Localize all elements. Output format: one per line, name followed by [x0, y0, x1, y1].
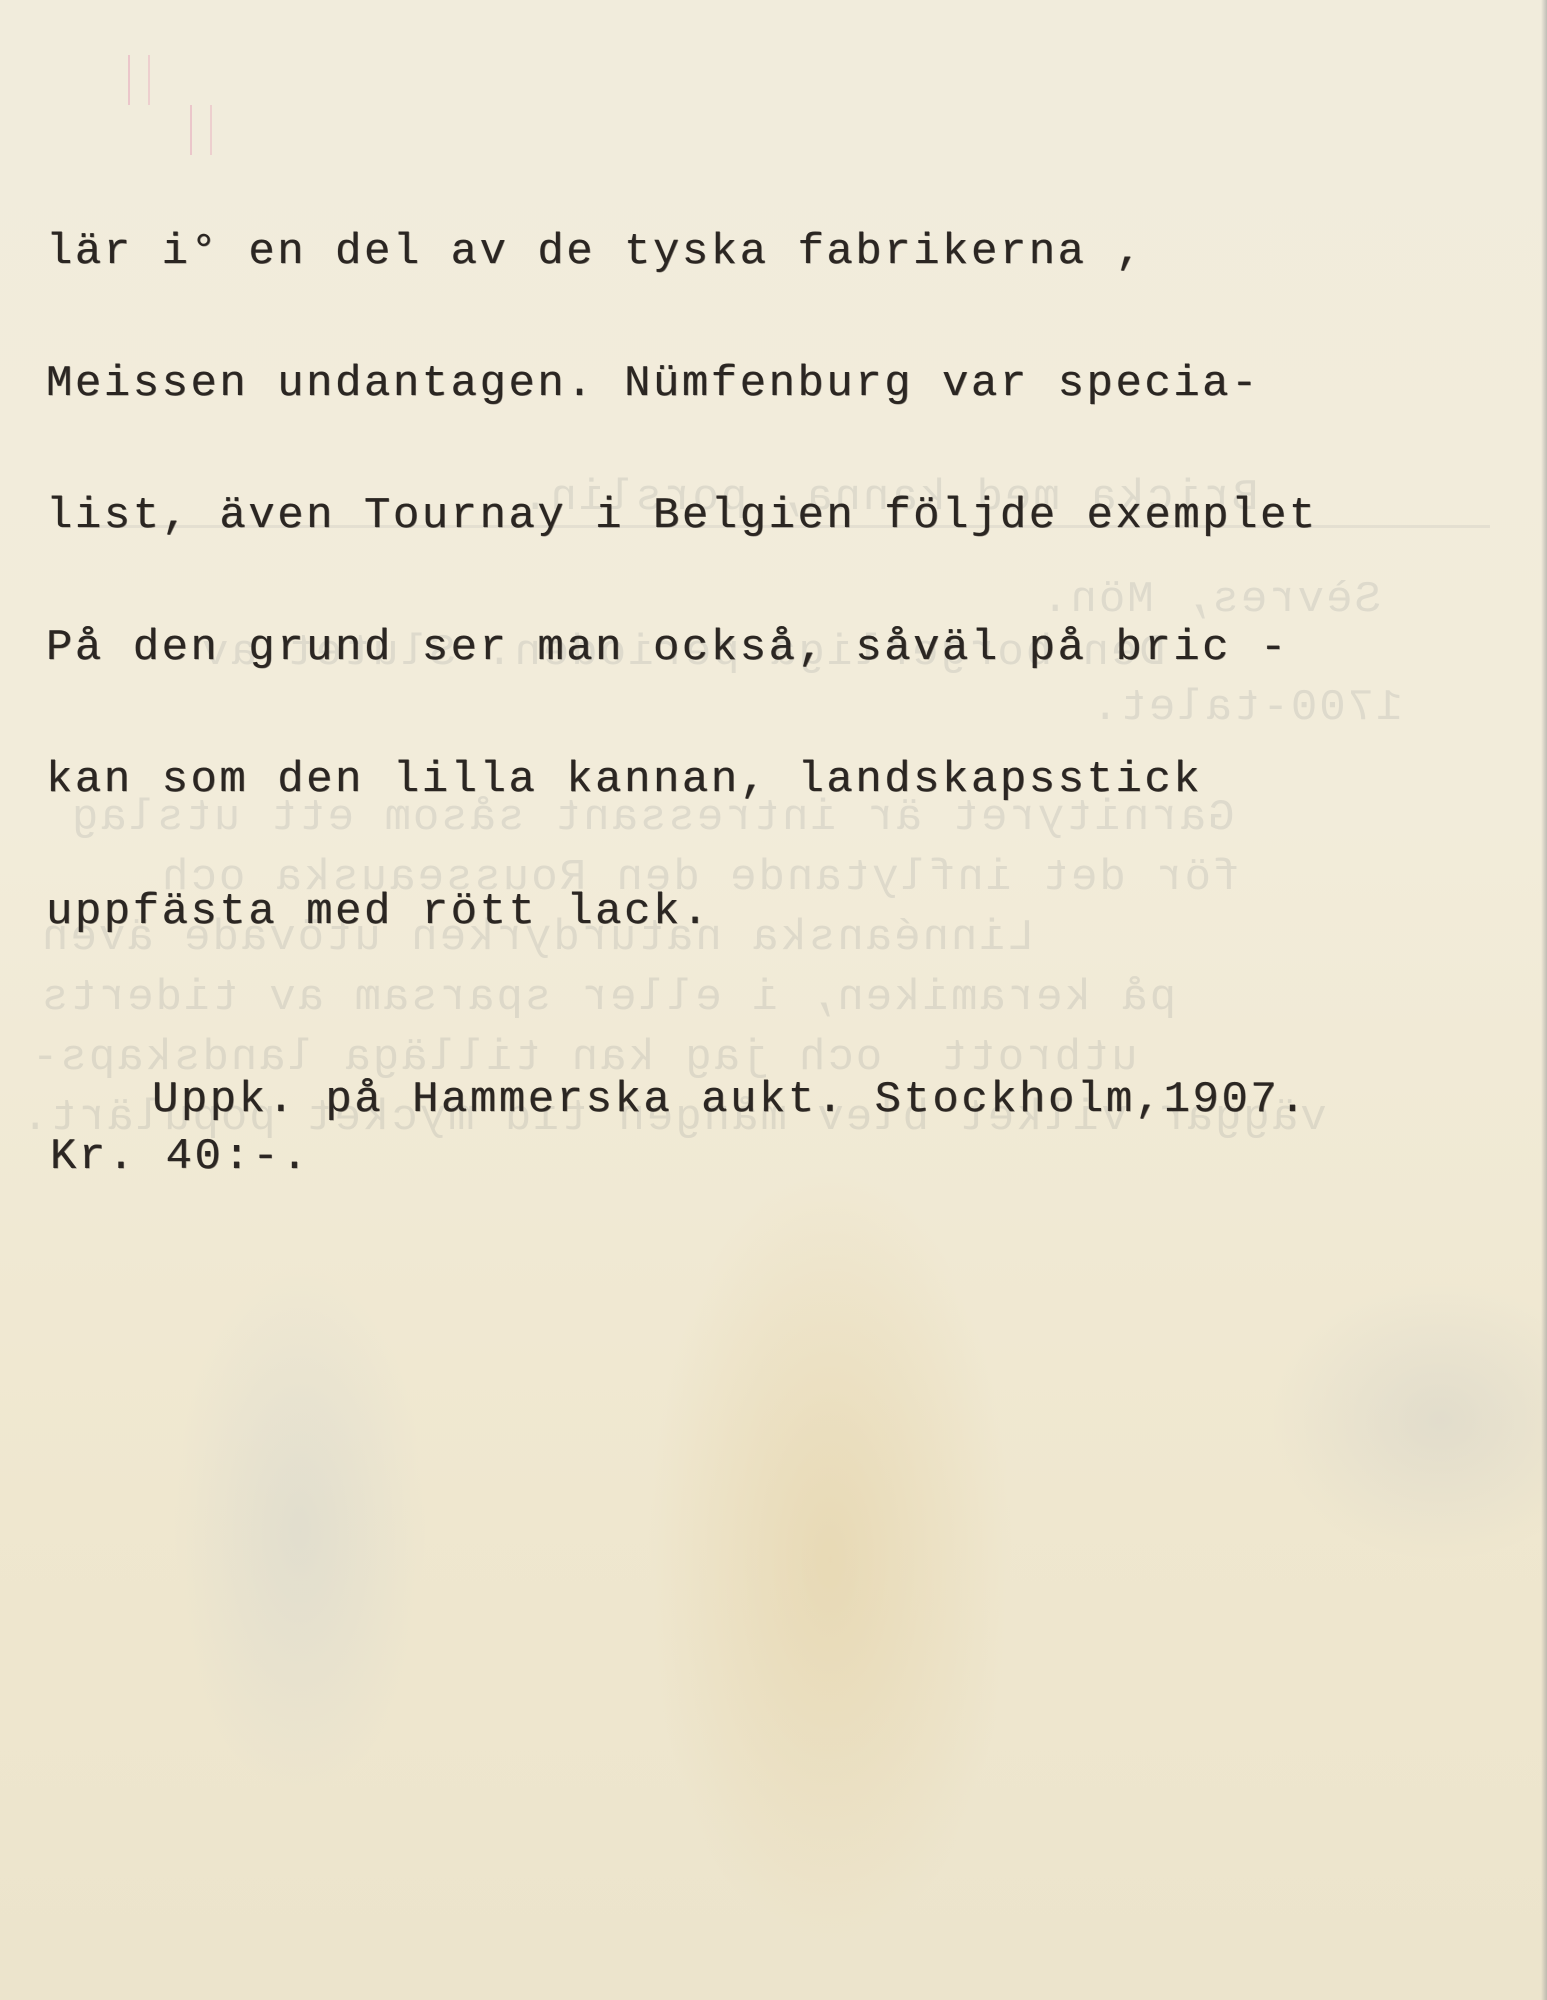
- paragraph-line: list, även Tournay i Belgien följde exem…: [46, 494, 1318, 538]
- paragraph-line: Meissen undantagen. Nümfenburg var speci…: [46, 362, 1318, 406]
- page-edge: [1541, 0, 1547, 2000]
- paragraph-line: lär i° en del av de tyska fabrikerna ,: [46, 230, 1318, 274]
- paragraph-line: kan som den lilla kannan, landskapsstick: [46, 758, 1318, 802]
- paragraph-line: uppfästa med rött lack.: [46, 890, 1318, 934]
- pink-ink-mark: [128, 55, 150, 105]
- scanned-page: Bricka med kanna, porslin. Sèvres, Mön. …: [0, 0, 1547, 2000]
- main-paragraph: lär i° en del av de tyska fabrikerna , M…: [46, 142, 1318, 1022]
- paragraph-line: På den grund ser man också, såväl på bri…: [46, 626, 1318, 670]
- provenance-line: Uppk. på Hammerska aukt. Stockholm,1907.: [152, 1078, 1308, 1122]
- price-line: Kr. 40:-.: [50, 1135, 310, 1179]
